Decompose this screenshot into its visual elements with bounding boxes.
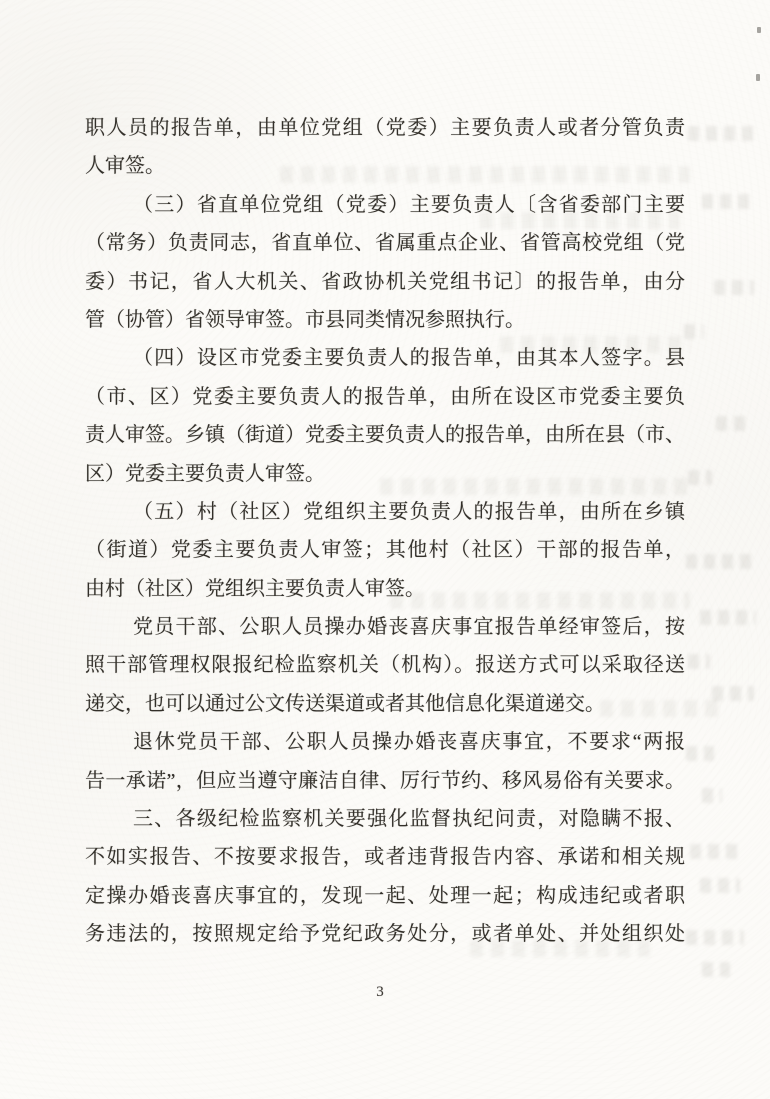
bleed-through-mark <box>712 686 754 701</box>
text-line: （四）设区市党委主要负责人的报告单，由其本人签字。县 <box>85 339 685 377</box>
bleed-through-mark <box>702 788 722 803</box>
text-line: 退休党员干部、公职人员操办婚丧喜庆事宜，不要求“两报 <box>85 723 685 761</box>
edge-speck <box>756 74 760 81</box>
bleed-through-mark <box>700 878 740 893</box>
bleed-through-mark <box>686 746 714 761</box>
page-number: 3 <box>340 984 420 1001</box>
text-line: 职人员的报告单，由单位党组（党委）主要负责人或者分管负责 <box>85 109 685 147</box>
text-line: 告一承诺”，但应当遵守廉洁自律、厉行节约、移风易俗有关要求。 <box>85 762 685 800</box>
text-line: （三）省直单位党组（党委）主要负责人〔含省委部门主要 <box>85 186 685 224</box>
document-body: 职人员的报告单，由单位党组（党委）主要负责人或者分管负责人审签。（三）省直单位党… <box>85 109 685 954</box>
text-line: 不如实报告、不按要求报告，或者违背报告内容、承诺和相关规 <box>85 838 685 876</box>
text-line: 区）党委主要负责人审签。 <box>85 455 685 493</box>
bleed-through-mark <box>702 194 754 209</box>
text-line: 责人审签。乡镇（街道）党委主要负责人的报告单，由所在县（市、 <box>85 416 685 454</box>
text-line: 定操办婚丧喜庆事宜的，发现一起、处理一起；构成违纪或者职 <box>85 877 685 915</box>
text-line: 委）书记，省人大机关、省政协机关党组书记〕的报告单，由分 <box>85 263 685 301</box>
text-line: （常务）负责同志，省直单位、省属重点企业、省管高校党组（党 <box>85 224 685 262</box>
bleed-through-mark <box>700 610 756 625</box>
edge-speck <box>757 27 761 33</box>
bleed-through-mark <box>688 654 710 669</box>
text-line: 管（协管）省领导审签。市县同类情况参照执行。 <box>85 301 685 339</box>
bleed-through-mark <box>688 126 756 141</box>
text-line: 照干部管理权限报纪检监察机关（机构）。报送方式可以采取径送 <box>85 646 685 684</box>
bleed-through-mark <box>686 930 744 945</box>
text-line: （市、区）党委主要负责人的报告单，由所在设区市党委主要负 <box>85 378 685 416</box>
text-line: 人审签。 <box>85 147 685 185</box>
bleed-through-mark <box>716 416 746 431</box>
text-line: （街道）党委主要负责人审签；其他村（社区）干部的报告单， <box>85 531 685 569</box>
bleed-through-mark <box>714 280 754 295</box>
text-line: 由村（社区）党组织主要负责人审签。 <box>85 570 685 608</box>
bleed-through-mark <box>686 554 756 569</box>
bleed-through-mark <box>690 844 744 859</box>
text-line: 递交，也可以通过公文传送渠道或者其他信息化渠道递交。 <box>85 685 685 723</box>
text-line: 三、各级纪检监察机关要强化监督执纪问责，对隐瞒不报、 <box>85 800 685 838</box>
text-line: 党员干部、公职人员操办婚丧喜庆事宜报告单经审签后，按 <box>85 608 685 646</box>
scanned-document-page: 职人员的报告单，由单位党组（党委）主要负责人或者分管负责人审签。（三）省直单位党… <box>0 0 770 1099</box>
text-line: 务违法的，按照规定给予党纪政务处分，或者单处、并处组织处 <box>85 915 685 953</box>
bleed-through-mark <box>702 962 730 977</box>
bleed-through-mark <box>684 324 704 339</box>
text-line: （五）村（社区）党组织主要负责人的报告单，由所在乡镇 <box>85 493 685 531</box>
bleed-through-mark <box>688 470 712 485</box>
